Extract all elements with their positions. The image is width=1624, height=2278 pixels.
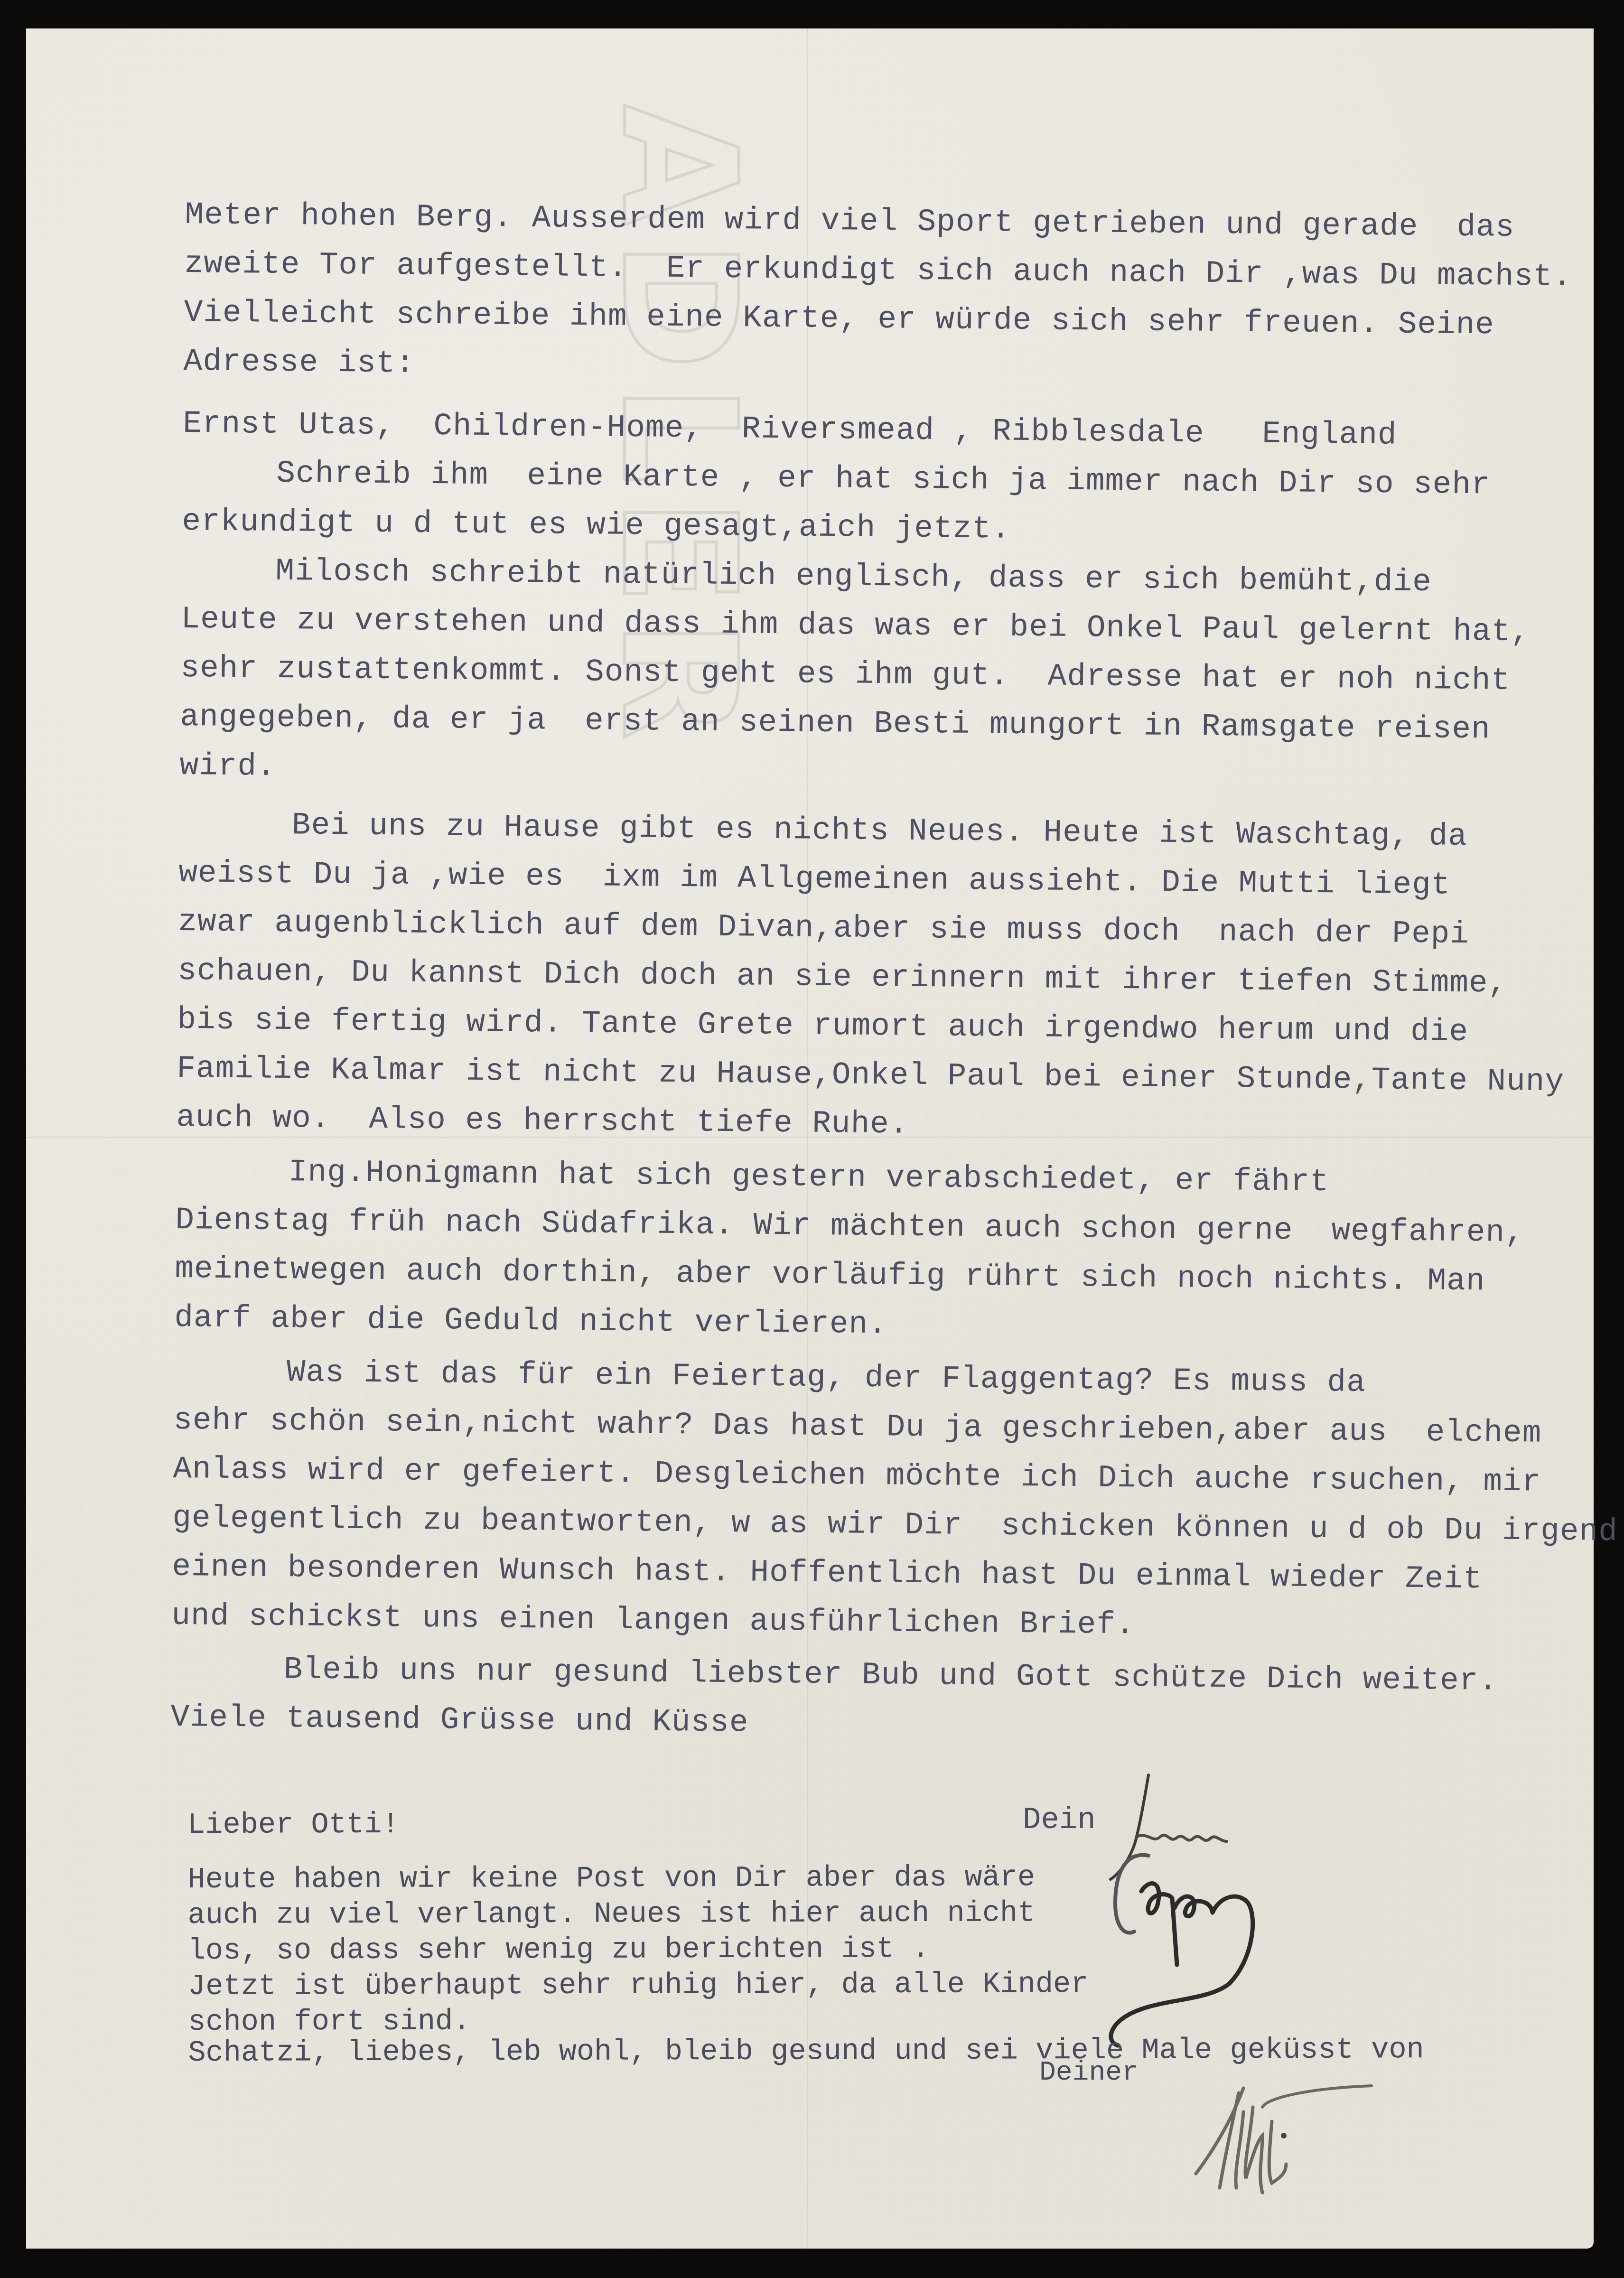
letter-line: erkundigt u d tut es wie gesagt,aich jet… (182, 506, 1011, 545)
postscript-line: los, so dass sehr wenig zu berichten ist… (188, 1934, 930, 1966)
letter-line: wird. (179, 750, 276, 783)
letter-line: darf aber die Geduld nicht verlieren. (174, 1302, 887, 1340)
letter-line: und schickst uns einen langen ausführlic… (171, 1600, 1135, 1641)
postscript-line: Jetzt ist überhaupt sehr ruhig hier, da … (188, 1970, 1089, 2001)
postscript-salutation: Lieber Otti! (187, 1810, 400, 1840)
postscript-line: auch zu viel verlangt. Neues ist hier au… (187, 1898, 1035, 1930)
letter-line: auch wo. Also es herrscht tiefe Ruhe. (176, 1102, 909, 1140)
letter-line: Viele tausend Grüsse und Küsse (170, 1702, 749, 1739)
letter-line: Adresse ist: (183, 346, 415, 380)
postscript-line: Schatzi, liebes, leb wohl, bleib gesund … (188, 2035, 1424, 2068)
postscript-line: Heute haben wir keine Post von Dir aber … (187, 1863, 1035, 1895)
postscript-line: schon fort sind. (188, 2007, 470, 2037)
